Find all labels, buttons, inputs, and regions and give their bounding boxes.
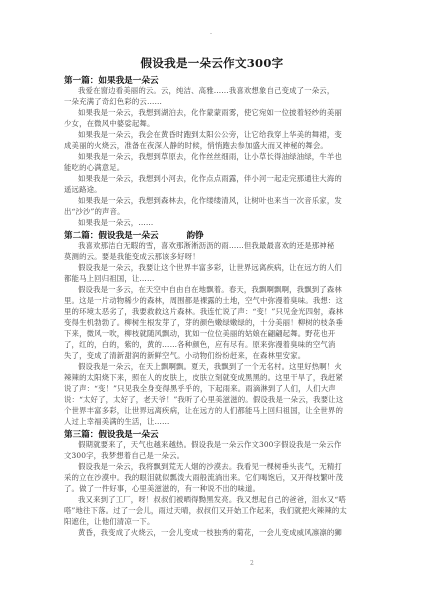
paragraph-line: 如果我是一朵云，我会在黄昏时跑到太阳公公旁，让它给我穿上华美的舞裙，变 (64, 130, 364, 139)
paragraph-line: 人过上幸福美满的生活，让…… (64, 417, 364, 426)
paragraph-line: 假设我是一朵云，我将飘到荒无人烟的沙漠去。我看见一棵树垂头丧气，无精打 (64, 462, 364, 471)
paragraph-line: 成美丽的火烧云，准备在夜深人静的时候，悄悄跑去参加盛大而又神秘的舞会。 (64, 141, 364, 150)
paragraph-line: 能吃的心满意足。 (64, 163, 364, 172)
paragraph-line: 失了，变成了清新甜润的新鲜空气。小动物们纷纷赶来，在森林里安家。 (64, 351, 364, 360)
paragraph-line: 下来，微风一吹，柳枝就随风飘动，犹如一位位美丽的姑娘在翩翩起舞。野花也开 (64, 329, 364, 338)
paragraph-line: 假设我是一朵云，在天上飘啊飘。夏天，我飘到了一个无名村。这里好热啊！火 (64, 362, 364, 371)
paragraph-line: 假期就要来了，天气也越来越热。假设我是一朵云作文300字假设我是一朵云作 (64, 440, 364, 449)
document-page: - 假设我是一朵云作文300字 第一篇：如果我是一朵云 我爱在窗边看美丽的云。云… (0, 0, 424, 600)
paragraph-line: 文300字，我梦想着自己是一朵云。 (64, 451, 364, 460)
paragraph-line: 一朵充满了奇幻色彩的云…… (64, 97, 364, 106)
section-heading: 第二篇：假设我是一朵云韵铮 (64, 229, 204, 241)
paragraph-line: 辣辣的太阳烧下来，照在人的皮肤上，皮肤立刻就变成黑黑的。这里干旱了，我赶紧 (64, 373, 364, 382)
section-heading: 第三篇：假设我是一朵云 (64, 428, 159, 440)
paragraph-line: 里。这是一片动物稀少的森林，周围都是裸露的土地，空气中弥漫着臭味。我想：这 (64, 296, 364, 305)
paragraph-line: 我喜欢那洁白无暇的雪，喜欢那淅淅沥沥的雨……但我最最喜欢的还是那神秘 (64, 241, 364, 250)
paragraph-line: 少女，在微风中婆娑起舞。 (64, 119, 364, 128)
paragraph-line: 阳遮住，让他们清凉一下。 (64, 517, 364, 526)
paragraph-line: 了。做了一件好事，心里美滋滋的，有一种说不出的味道。 (64, 484, 364, 493)
paragraph-line: 采的立在沙漠中。我的眼泪就似瓢泼大雨般流淌出来。它们喝饱后，又开得枝繁叶茂 (64, 473, 364, 482)
paragraph-line: 如果我是一朵云，我想到小河去，化作点点雨露，伴小河一起走完那通往大海的 (64, 174, 364, 183)
paragraph-line: 嗒”地往下落。过了一会儿，雨过天晴，叔叔们又开始工作起来，我们就把火辣辣的太 (64, 506, 364, 515)
section-heading-text: 第二篇：假设我是一朵云 (64, 231, 159, 241)
paragraph-line: 都能马上回归祖国，让…… (64, 274, 364, 283)
paragraph-line: 假设我是一多云，在天空中自由自在地飘着。春天，我飘啊飘啊，我飘到了森林 (64, 285, 364, 294)
author-name: 韵铮 (187, 231, 204, 241)
paragraph-line: 我爱在窗边看美丽的云。云，纯洁、高雅……我喜欢想象自己变成了一朵云， (64, 86, 364, 95)
paragraph-line: 说了声：“变！”只见我全身变得黑乎乎的，下起雨来。雨滴淋到了人们，人们大声 (64, 384, 364, 393)
paragraph-line: 出“沙沙”的声音。 (64, 207, 364, 216)
section-heading-text: 第一篇：如果我是一朵云 (64, 76, 159, 86)
paragraph-line: 个世界丰富多彩，让世界远离疾病，让在远方的人们都能马上回归祖国，让全世界的 (64, 406, 364, 415)
page-number: 2 (250, 560, 254, 567)
paragraph-line: 黄昏，我变成了火烧云，一会儿变成一枝独秀的菊花，一会儿变成威风凛凛的狮 (64, 528, 364, 537)
paragraph-line: 如果我是一朵云，我想到草原去，化作丝丝细雨，让小草长得油绿油绿，牛羊也 (64, 152, 364, 161)
paragraph-line: 了，红的，白的，紫的，黄的……各种颜色，应有尽有。原来弥漫着臭味的空气消 (64, 340, 364, 349)
paragraph-line: 我又来到了工厂，呀！叔叔们被晒得黝黑发亮。我又想起自己的爸爸，泪水又“嗒 (64, 495, 364, 504)
paragraph-line: 说：“太好了，太好了，老天爷！”我听了心里美滋滋的。假设我是一朵云，我要让这 (64, 395, 364, 404)
paragraph-line: 变得生机勃勃了。柳树生根发芽了，芽的颜色嫩绿嫩绿的，十分美丽！柳树的枝条垂 (64, 318, 364, 327)
paragraph-line: 如果我是一朵云，…… (64, 218, 364, 227)
paragraph-line: 里的环境太恶劣了，我要救救这片森林。我连忙说了声：“变！”只见金光四射，森林 (64, 307, 364, 316)
paragraph-line: 莫测的云。要是我能变成云那该多好呀！ (64, 252, 364, 261)
paragraph-line: 如果我是一朵云，我想到森林去，化作缕缕清风，让树叶也来当一次音乐家，发 (64, 196, 364, 205)
section-heading: 第一篇：如果我是一朵云 (64, 74, 159, 86)
page-title: 假设我是一朵云作文300字 (0, 55, 424, 71)
top-mark: - (210, 30, 212, 37)
section-heading-text: 第三篇：假设我是一朵云 (64, 430, 159, 440)
paragraph-line: 遥远路途。 (64, 185, 364, 194)
paragraph-line: 如果我是一朵云，我想到湖泊去，化作蒙蒙雨雾，使它宛如一位披着轻纱的美丽 (64, 108, 364, 117)
paragraph-line: 假设我是一朵云，我要让这个世界丰富多彩，让世界远离疾病，让在远方的人们 (64, 263, 364, 272)
